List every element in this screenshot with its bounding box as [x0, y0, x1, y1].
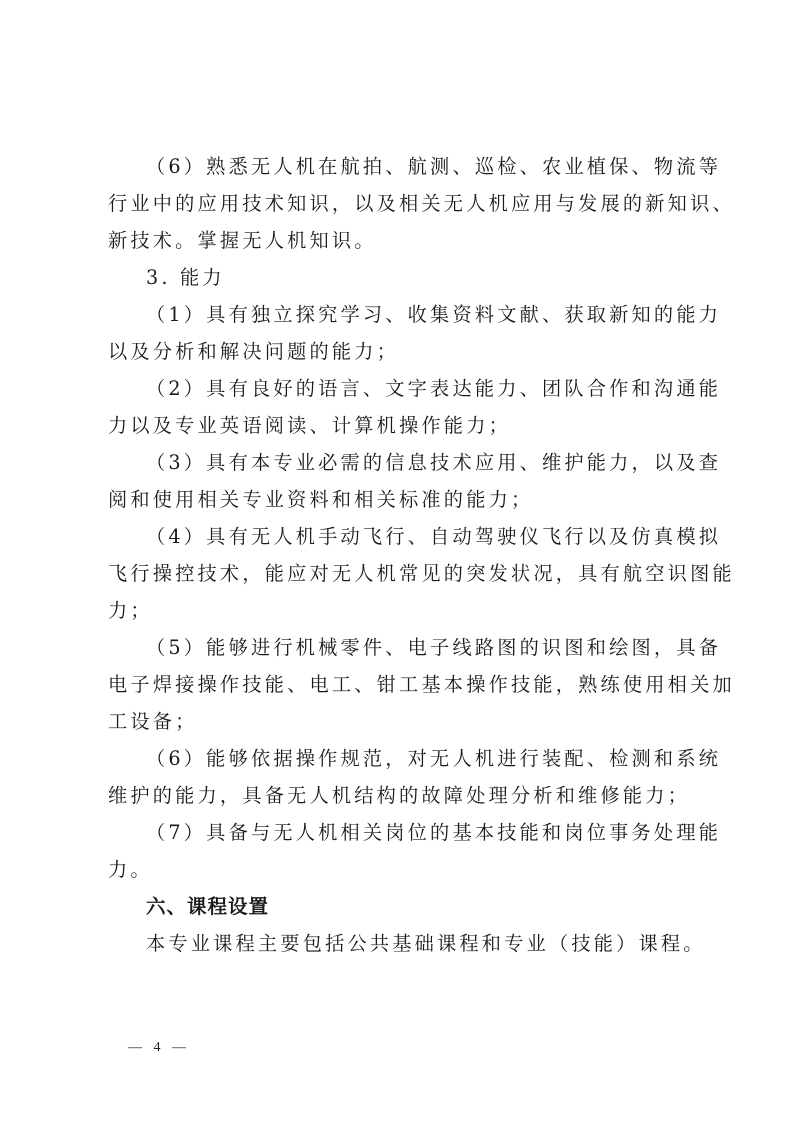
- paragraph-line: （2）具有良好的语言、文字表达能力、团队合作和沟通能: [108, 370, 698, 407]
- document-page: （6）熟悉无人机在航拍、航测、巡检、农业植保、物流等 行业中的应用技术知识，以及…: [108, 148, 698, 962]
- paragraph-line: 电子焊接操作技能、电工、钳工基本操作技能，熟练使用相关加: [108, 666, 698, 703]
- paragraph-line: 力。: [108, 851, 698, 888]
- paragraph-line: （4）具有无人机手动飞行、自动驾驶仪飞行以及仿真模拟: [108, 518, 698, 555]
- section-heading: 六、课程设置: [108, 888, 698, 925]
- paragraph-line: （1）具有独立探究学习、收集资料文献、获取新知的能力: [108, 296, 698, 333]
- paragraph-line: 工设备；: [108, 703, 698, 740]
- paragraph-line: （7）具备与无人机相关岗位的基本技能和岗位事务处理能: [108, 814, 698, 851]
- paragraph-line: 力；: [108, 592, 698, 629]
- paragraph-line: 飞行操控技术，能应对无人机常见的突发状况，具有航空识图能: [108, 555, 698, 592]
- paragraph-line: 力以及专业英语阅读、计算机操作能力；: [108, 407, 698, 444]
- paragraph-line: 行业中的应用技术知识，以及相关无人机应用与发展的新知识、: [108, 185, 698, 222]
- paragraph-line: 新技术。掌握无人机知识。: [108, 222, 698, 259]
- subsection-title: 3. 能力: [108, 259, 698, 296]
- paragraph-line: （5）能够进行机械零件、电子线路图的识图和绘图，具备: [108, 629, 698, 666]
- paragraph-line: 以及分析和解决问题的能力；: [108, 333, 698, 370]
- paragraph-line: （3）具有本专业必需的信息技术应用、维护能力，以及查: [108, 444, 698, 481]
- paragraph-line: 维护的能力，具备无人机结构的故障处理分析和维修能力；: [108, 777, 698, 814]
- page-number: — 4 —: [128, 1040, 190, 1056]
- paragraph-line: 阅和使用相关专业资料和相关标准的能力；: [108, 481, 698, 518]
- paragraph-line: （6）熟悉无人机在航拍、航测、巡检、农业植保、物流等: [108, 148, 698, 185]
- paragraph-line: （6）能够依据操作规范，对无人机进行装配、检测和系统: [108, 740, 698, 777]
- section-body: 本专业课程主要包括公共基础课程和专业（技能）课程。: [108, 925, 698, 962]
